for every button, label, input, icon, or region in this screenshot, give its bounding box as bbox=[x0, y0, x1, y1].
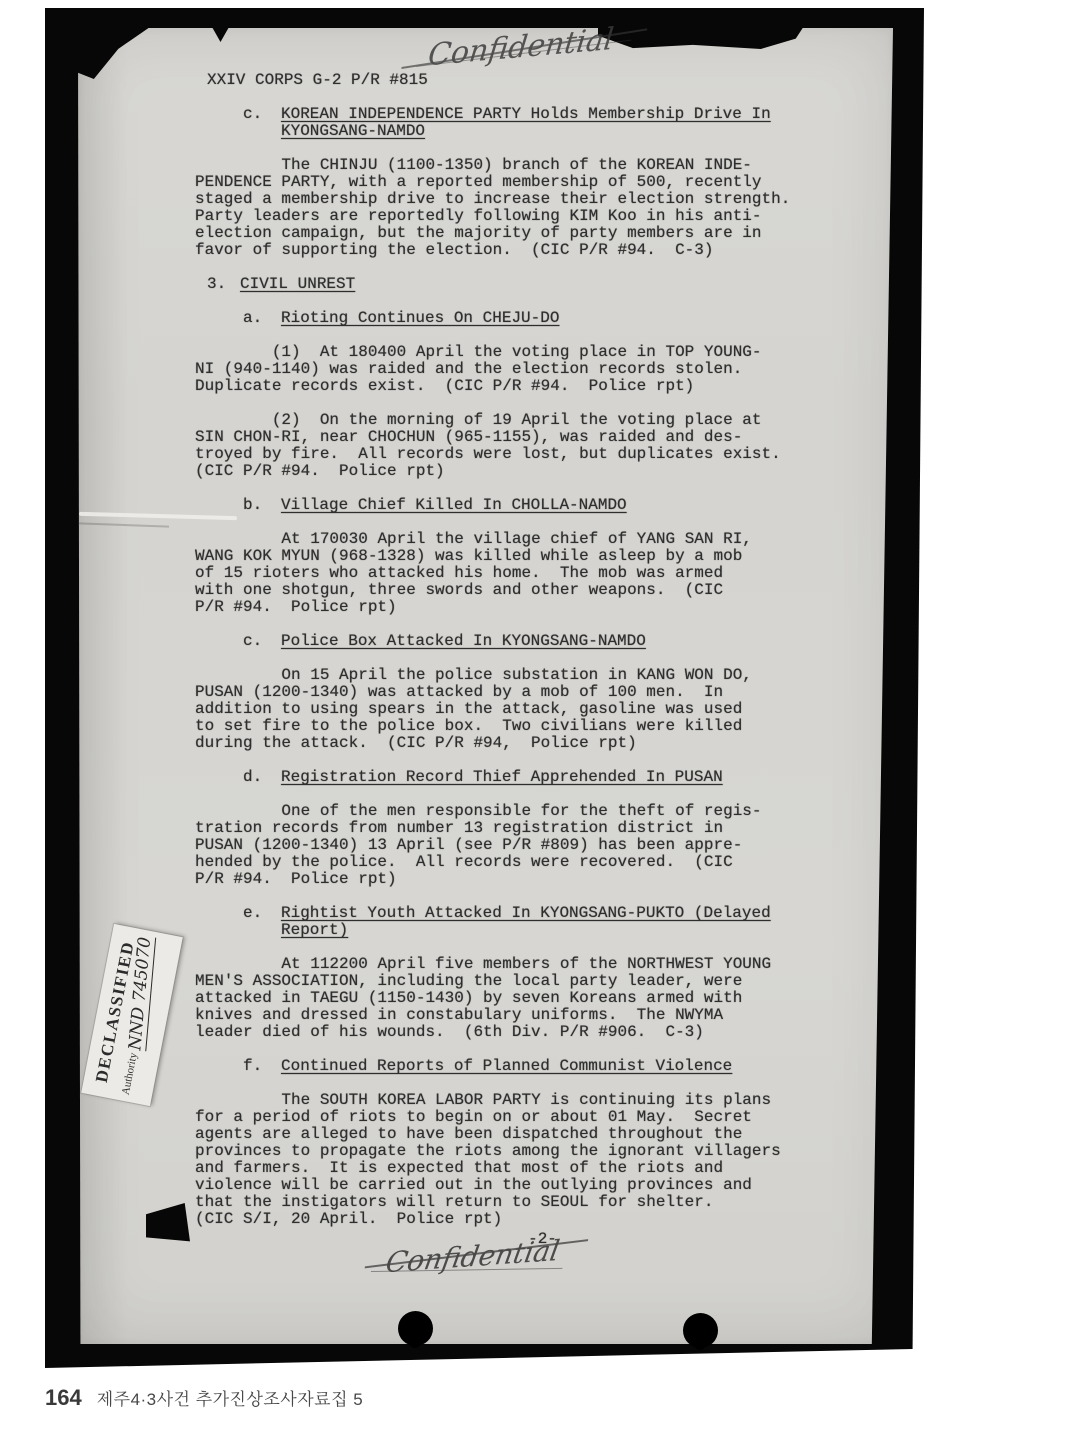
typed-text-column: XXIV CORPS G-2 P/R #815 c. KOREAN INDEPE… bbox=[195, 72, 890, 1228]
section-heading-e: e. Rightist Youth Attacked In KYONGSANG-… bbox=[195, 905, 890, 939]
section-heading-civil-unrest: 3. CIVIL UNREST bbox=[195, 276, 890, 293]
section-letter: b. bbox=[195, 497, 281, 514]
paragraph-police-box: On 15 April the police substation in KAN… bbox=[195, 667, 890, 752]
section-number: 3. bbox=[195, 276, 240, 293]
section-heading-c1: c. KOREAN INDEPENDENCE PARTY Holds Membe… bbox=[195, 106, 890, 140]
section-heading-b: b. Village Chief Killed In CHOLLA-NAMDO bbox=[195, 497, 890, 514]
declassified-stamp: DECLASSIFIED Authority NND 745070 bbox=[81, 924, 183, 1106]
paragraph-kip-membership: The CHINJU (1100-1350) branch of the KOR… bbox=[195, 157, 890, 259]
section-letter: a. bbox=[195, 310, 281, 327]
section-title: Police Box Attacked In KYONGSANG-NAMDO bbox=[281, 633, 646, 650]
section-letter: f. bbox=[195, 1058, 281, 1075]
section-heading-d: d. Registration Record Thief Apprehended… bbox=[195, 769, 890, 786]
section-title: KOREAN INDEPENDENCE PARTY Holds Membersh… bbox=[281, 106, 771, 140]
paragraph-registration-thief: One of the men responsible for the theft… bbox=[195, 803, 890, 888]
section-letter: c. bbox=[195, 633, 281, 650]
section-title: Continued Reports of Planned Communist V… bbox=[281, 1058, 732, 1075]
paragraph-communist-violence: The SOUTH KOREA LABOR PARTY is continuin… bbox=[195, 1092, 890, 1228]
punch-hole-left bbox=[398, 1311, 433, 1346]
scanned-document-page: { "colors":{"paper":"#d6d5d1","ink":"#2e… bbox=[0, 0, 1080, 1439]
section-letter: e. bbox=[195, 905, 281, 939]
authority-label: Authority bbox=[120, 1052, 140, 1096]
section-letter: d. bbox=[195, 769, 281, 786]
paragraph-village-chief: At 170030 April the village chief of YAN… bbox=[195, 531, 890, 616]
report-header: XXIV CORPS G-2 P/R #815 bbox=[195, 72, 890, 89]
punch-hole-right bbox=[683, 1313, 718, 1348]
section-title: CIVIL UNREST bbox=[240, 276, 355, 293]
section-title: Rightist Youth Attacked In KYONGSANG-PUK… bbox=[281, 905, 771, 939]
section-title: Village Chief Killed In CHOLLA-NAMDO bbox=[281, 497, 627, 514]
section-heading-c2: c. Police Box Attacked In KYONGSANG-NAMD… bbox=[195, 633, 890, 650]
section-title: Registration Record Thief Apprehended In… bbox=[281, 769, 723, 786]
paragraph-rioting-1: (1) At 180400 April the voting place in … bbox=[195, 344, 890, 395]
section-title: Rioting Continues On CHEJU-DO bbox=[281, 310, 559, 327]
book-footer: 164 제주4·3사건 추가진상조사자료집 5 bbox=[45, 1385, 363, 1411]
section-heading-f: f. Continued Reports of Planned Communis… bbox=[195, 1058, 890, 1075]
handwritten-confidential-top: Confidential bbox=[426, 22, 615, 74]
paragraph-rightist-youth: At 112200 April five members of the NORT… bbox=[195, 956, 890, 1041]
paper-content-layer: Confidential XXIV CORPS G-2 P/R #815 c. … bbox=[78, 28, 893, 1344]
section-heading-a: a. Rioting Continues On CHEJU-DO bbox=[195, 310, 890, 327]
book-caption: 제주4·3사건 추가진상조사자료집 5 bbox=[97, 1385, 363, 1410]
book-page-number: 164 bbox=[45, 1385, 82, 1411]
paragraph-rioting-2: (2) On the morning of 19 April the votin… bbox=[195, 412, 890, 480]
section-letter: c. bbox=[195, 106, 281, 140]
